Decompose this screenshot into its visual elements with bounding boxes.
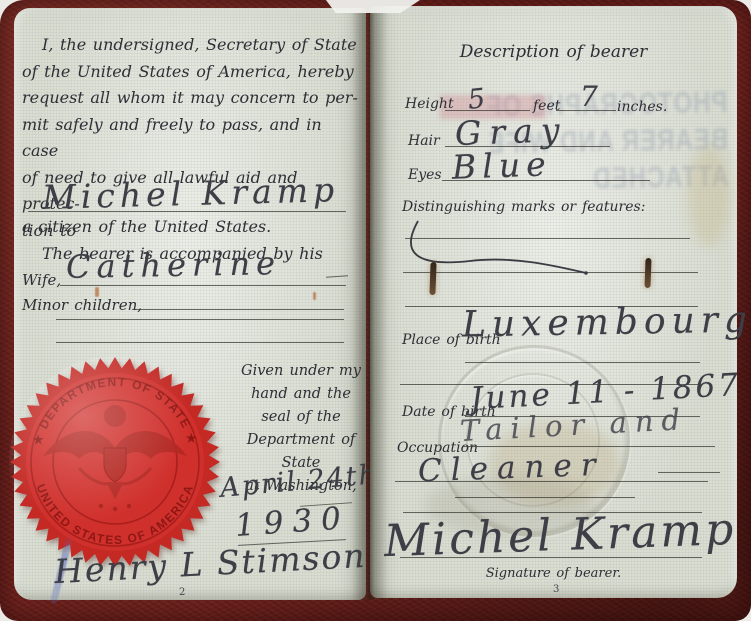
height-feet-handwritten: 5 — [466, 83, 486, 116]
rust-mark — [313, 292, 316, 300]
height-inches-handwritten: 7 — [580, 80, 598, 113]
eyes-label: Eyes — [408, 167, 442, 183]
issue-line: Given under my — [240, 360, 362, 383]
blank-line — [56, 342, 344, 343]
wife-name-handwritten: Catherine — [66, 244, 282, 286]
issue-line: seal of the — [240, 406, 362, 429]
oath-line: of the United States of America, hereby — [22, 59, 360, 86]
issue-line: hand and the — [240, 383, 362, 406]
place-of-birth-handwritten: Luxembourg — [462, 299, 751, 345]
right-page: Description of bearer PHOTOGRAPHS OF BEA… — [370, 6, 737, 598]
rust-mark — [95, 287, 99, 297]
signature-underline — [400, 557, 702, 558]
hair-label: Hair — [408, 133, 440, 149]
bearer-name-handwritten: Michel Kramp — [42, 170, 340, 217]
signature-caption: Signature of bearer. — [370, 566, 737, 581]
page-number: 2 — [179, 587, 185, 598]
paper-stain — [688, 146, 730, 246]
passport-scan: I, the undersigned, Secretary of State o… — [0, 0, 751, 621]
issue-line: Department of — [240, 429, 362, 452]
place-underline — [465, 362, 700, 363]
minor-children-underline — [132, 309, 344, 310]
occupation-line2-handwritten: Cleaner — [417, 447, 605, 489]
oath-line: mit safely and freely to pass, and in ca… — [22, 112, 360, 165]
citizen-line: a citizen of the United States. — [22, 217, 271, 236]
blank-line — [455, 497, 635, 498]
eyes-value-handwritten: Blue — [451, 144, 552, 186]
oath-line: request all whom it may concern to per- — [22, 85, 360, 112]
inches-label: inches. — [617, 99, 667, 115]
minor-children-label: Minor children, — [22, 296, 142, 314]
flourish-dash — [326, 275, 348, 278]
short-dash — [658, 472, 720, 473]
left-page: I, the undersigned, Secretary of State o… — [14, 8, 366, 600]
oath-line: I, the undersigned, Secretary of State — [22, 32, 360, 59]
blank-line — [56, 319, 344, 320]
page-number: 3 — [553, 584, 559, 595]
blank-line — [395, 481, 708, 482]
state-department-seal: ★ DEPARTMENT OF STATE ★ UNITED STATES OF… — [9, 356, 221, 568]
wife-label: Wife, — [22, 271, 61, 289]
staple-slit — [429, 262, 436, 295]
description-heading: Description of bearer — [370, 42, 737, 62]
staple-slit — [644, 258, 651, 288]
